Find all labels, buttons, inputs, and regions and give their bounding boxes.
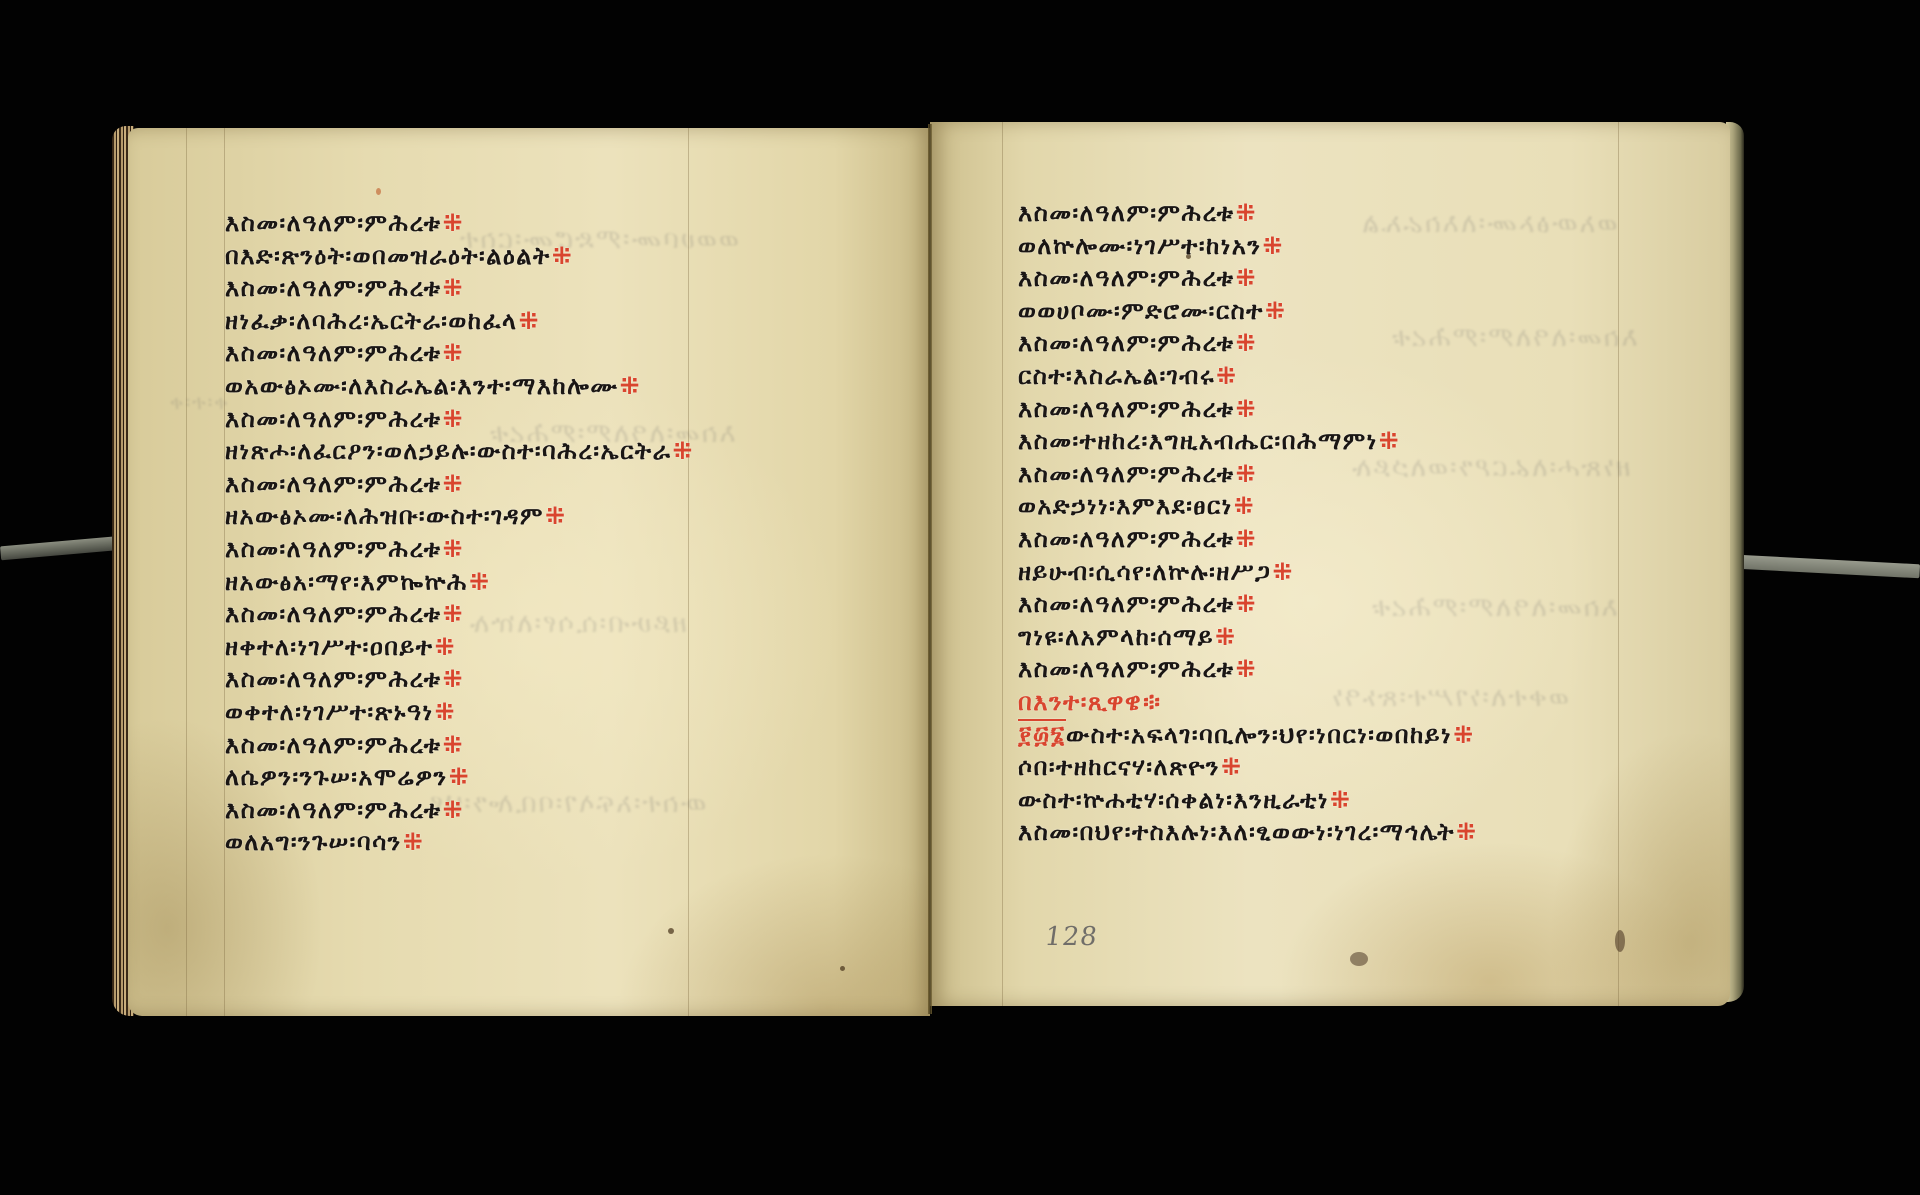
verse-line: ግነዩ፡ለአምላከ፡ሰማይ⁜: [1018, 621, 1478, 654]
cross-punctuation-icon: ⁜: [442, 405, 464, 433]
red-spot: [376, 188, 381, 195]
verse-line: ርስተ፡እስራኤል፡ገብሩ⁜: [1018, 360, 1478, 393]
verse-line: እስመ፡ለዓለም፡ምሕረቱ⁜: [225, 403, 694, 436]
verse-line: ውስተ፡ኵሐቲሃ፡ሰቀልነ፡እንዚራቲነ⁜: [1018, 784, 1478, 817]
verse-line: ዘይሁብ፡ሲሳየ፡ለኵሉ፡ዘሥጋ⁜: [1018, 556, 1478, 589]
cross-punctuation-icon: ⁜: [672, 437, 694, 465]
verse-line: ፻፴፮ውስተ፡አፍላገ፡ባቢሎን፡ህየ፡ነበርነ፡ወበከይነ⁜: [1018, 719, 1478, 752]
cross-punctuation-icon: ⁜: [1235, 264, 1257, 292]
cross-punctuation-icon: ⁜: [1453, 721, 1475, 749]
ink-spot: [840, 966, 845, 971]
verse-line: ዘቀተለ፡ነገሥተ፡ዐበይተ⁜: [225, 631, 694, 664]
cross-punctuation-icon: ⁜: [469, 568, 491, 596]
verse-line: ወአውፅኦሙ፡ለእስራኤል፡እንተ፡ማእከሎሙ⁜: [225, 370, 694, 403]
cross-punctuation-icon: ⁜: [1262, 232, 1284, 260]
verse-line: እስመ፡ለዓለም፡ምሕረቱ⁜: [225, 729, 694, 762]
verse-line: ዘአውፅኦሙ፡ለሕዝቡ፡ውስተ፡ገዳም⁜: [225, 500, 694, 533]
verse-line: እስመ፡ለዓለም፡ምሕረቱ⁜: [1018, 588, 1478, 621]
cross-punctuation-icon: ⁜: [1216, 362, 1238, 390]
right-page-text: እስመ፡ለዓለም፡ምሕረቱ⁜ ወለኵሎሙ፡ነገሥተ፡ከነአን⁜ እስመ፡ለዓለም…: [1018, 197, 1478, 849]
cross-punctuation-icon: ⁜: [1235, 655, 1257, 683]
verse-line: እስመ፡ለዓለም፡ምሕረቱ⁜: [1018, 197, 1478, 230]
cross-punctuation-icon: ⁜: [442, 731, 464, 759]
verse-line: እስመ፡ለዓለም፡ምሕረቱ⁜: [1018, 393, 1478, 426]
cross-punctuation-icon: ⁜: [442, 470, 464, 498]
cross-punctuation-icon: ⁜: [619, 372, 641, 400]
verse-line: እስመ፡በህየ፡ተስእሉነ፡እለ፡ፂወውነ፡ነገረ፡ማኅሌት⁜: [1018, 816, 1478, 849]
verse-line: በእድ፡ጽንዕት፡ወበመዝራዕት፡ልዕልት⁜: [225, 240, 694, 273]
verse-line: ወአድኃነነ፡እምእደ፡ፀርነ⁜: [1018, 490, 1478, 523]
tear-stain: [1615, 930, 1625, 952]
verse-line: እስመ፡ለዓለም፡ምሕረቱ⁜: [225, 207, 694, 240]
verse-line: እስመ፡ለዓለም፡ምሕረቱ⁜: [225, 598, 694, 631]
verse-line: ወለኵሎሙ፡ነገሥተ፡ከነአን⁜: [1018, 230, 1478, 263]
ruling-line: [1002, 122, 1003, 1006]
cross-punctuation-icon: ⁜: [1456, 818, 1478, 846]
cross-punctuation-icon: ⁜: [442, 600, 464, 628]
cross-punctuation-icon: ⁜: [442, 339, 464, 367]
verse-line: ዘነፈቃ፡ለባሕረ፡ኤርትራ፡ወከፈላ⁜: [225, 305, 694, 338]
psalm-number: ፻፴፮: [1018, 721, 1066, 749]
verse-line: እስመ፡ለዓለም፡ምሕረቱ⁜: [1018, 653, 1478, 686]
folio-number: 128: [1043, 922, 1100, 952]
verse-line: ወለአግ፡ንጉሠ፡ባሳን⁜: [225, 826, 694, 859]
cross-punctuation-icon: ⁜: [449, 763, 471, 791]
verse-line: እስመ፡ተዘከረ፡እግዚአብሔር፡በሕማምነ⁜: [1018, 425, 1478, 458]
cross-punctuation-icon: ⁜: [1265, 297, 1287, 325]
cross-punctuation-icon: ⁜: [1235, 199, 1257, 227]
ink-spot: [668, 928, 674, 934]
left-page-text: እስመ፡ለዓለም፡ምሕረቱ⁜ በእድ፡ጽንዕት፡ወበመዝራዕት፡ልዕልት⁜ እስ…: [225, 207, 694, 859]
section-mark-icon: ፨: [1143, 688, 1161, 716]
verse-line: እስመ፡ለዓለም፡ምሕረቱ⁜: [1018, 523, 1478, 556]
verse-line: እስመ፡ለዓለም፡ምሕረቱ⁜: [1018, 262, 1478, 295]
cross-punctuation-icon: ⁜: [1235, 329, 1257, 357]
verse-line: ዘአውፅአ፡ማየ፡እምኰኵሕ⁜: [225, 566, 694, 599]
hole-stain: [1350, 952, 1368, 966]
show-through-text: ቀ፡ተ፡ቀ: [168, 390, 228, 414]
verse-line: እስመ፡ለዓለም፡ምሕረቱ⁜: [225, 337, 694, 370]
verse-line: እስመ፡ለዓለም፡ምሕረቱ⁜: [225, 272, 694, 305]
verse-line: ለሴዎን፡ንጉሠ፡አሞሬዎን⁜: [225, 761, 694, 794]
cross-punctuation-icon: ⁜: [1330, 786, 1352, 814]
cross-punctuation-icon: ⁜: [519, 307, 541, 335]
photo-background: ወወሀቦሙ፡ምድሮሙ፡ርስተ እስመ፡ለዓለም፡ምሕረቱ ዘይሁብ፡ሲሳየ፡ለኵ…: [0, 0, 1920, 1195]
cross-punctuation-icon: ⁜: [1235, 590, 1257, 618]
verse-line: እስመ፡ለዓለም፡ምሕረቱ⁜: [1018, 327, 1478, 360]
verse-line: ወቀተለ፡ነገሥተ፡ጽኑዓነ⁜: [225, 696, 694, 729]
verse-line: ሶበ፡ተዘከርናሃ፡ለጽዮን⁜: [1018, 751, 1478, 784]
verse-line: ወወሀቦሙ፡ምድሮሙ፡ርስተ⁜: [1018, 295, 1478, 328]
cross-punctuation-icon: ⁜: [403, 828, 425, 856]
verse-line: እስመ፡ለዓለም፡ምሕረቱ⁜: [225, 533, 694, 566]
cross-punctuation-icon: ⁜: [442, 665, 464, 693]
cross-punctuation-icon: ⁜: [545, 502, 567, 530]
cross-punctuation-icon: ⁜: [1234, 492, 1256, 520]
cross-punctuation-icon: ⁜: [1272, 558, 1294, 586]
verse-line: እስመ፡ለዓለም፡ምሕረቱ⁜: [1018, 458, 1478, 491]
verse-line: እስመ፡ለዓለም፡ምሕረቱ⁜: [225, 794, 694, 827]
book-gutter: [928, 124, 932, 1014]
cross-punctuation-icon: ⁜: [1235, 525, 1257, 553]
cross-punctuation-icon: ⁜: [442, 535, 464, 563]
cross-punctuation-icon: ⁜: [1215, 623, 1237, 651]
ruling-line: [1618, 122, 1619, 1006]
rubric-heading: በእንተ፡ጺዋዌ፨: [1018, 686, 1478, 719]
ruling-line: [186, 128, 187, 1016]
verse-line: እስመ፡ለዓለም፡ምሕረቱ⁜: [225, 663, 694, 696]
cross-punctuation-icon: ⁜: [442, 274, 464, 302]
cross-punctuation-icon: ⁜: [442, 796, 464, 824]
cross-punctuation-icon: ⁜: [1235, 460, 1257, 488]
verse-line: እስመ፡ለዓለም፡ምሕረቱ⁜: [225, 468, 694, 501]
cross-punctuation-icon: ⁜: [435, 633, 457, 661]
cross-punctuation-icon: ⁜: [442, 209, 464, 237]
cross-punctuation-icon: ⁜: [435, 698, 457, 726]
cross-punctuation-icon: ⁜: [552, 242, 574, 270]
verse-line: ዘነጽሖ፡ለፈርዖን፡ወለኃይሉ፡ውስተ፡ባሕረ፡ኤርትራ⁜: [225, 435, 694, 468]
cross-punctuation-icon: ⁜: [1235, 395, 1257, 423]
cross-punctuation-icon: ⁜: [1379, 427, 1401, 455]
cross-punctuation-icon: ⁜: [1221, 753, 1243, 781]
